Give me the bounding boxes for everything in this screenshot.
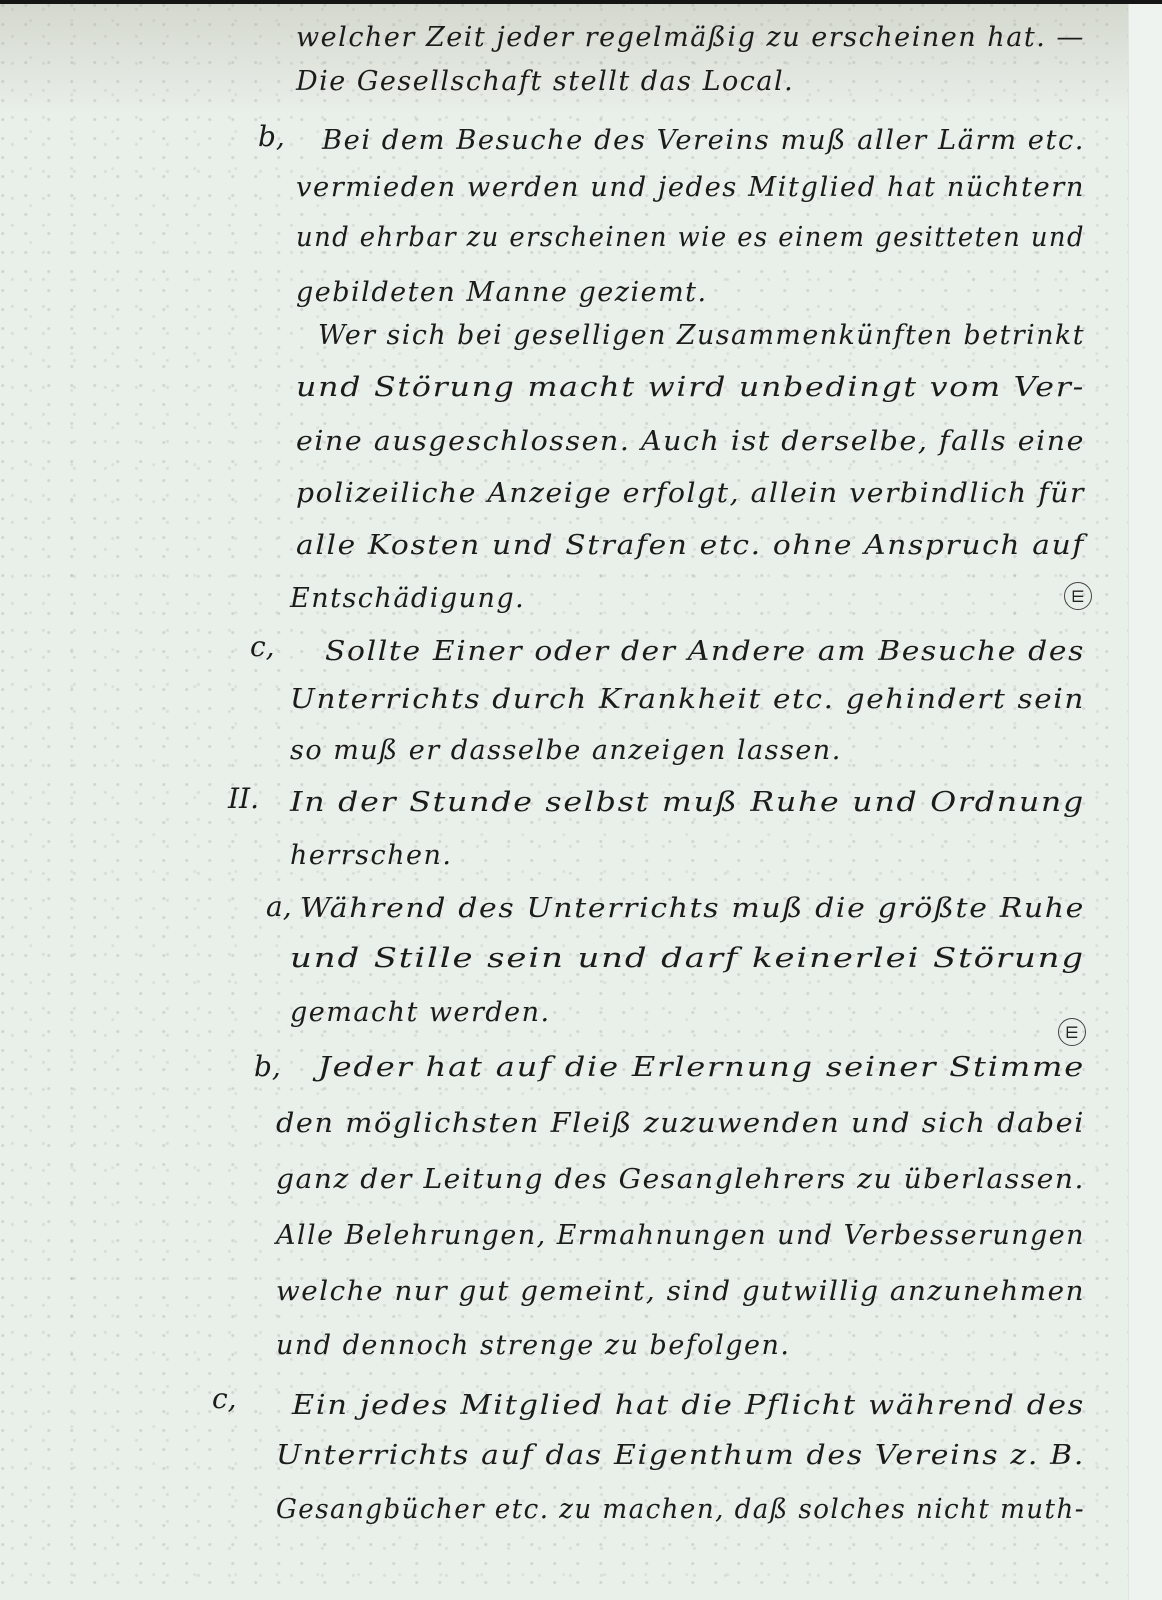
handwritten-line: und dennoch strenge zu befolgen. bbox=[276, 1330, 790, 1361]
handwritten-line: und ehrbar zu erscheinen wie es einem ge… bbox=[296, 222, 1085, 253]
handwritten-line: so muß er dasselbe anzeigen lassen. bbox=[290, 735, 842, 766]
handwritten-line: Unterrichts auf das Eigenthum des Verein… bbox=[276, 1440, 1085, 1471]
section-marker: b, bbox=[258, 120, 285, 153]
handwritten-line: eine ausgeschlossen. Auch ist derselbe, … bbox=[296, 426, 1085, 457]
handwritten-line: vermieden werden und jedes Mitglied hat … bbox=[296, 172, 1085, 203]
handwritten-line: herrschen. bbox=[290, 840, 453, 871]
handwritten-line: alle Kosten und Strafen etc. ohne Anspru… bbox=[296, 530, 1085, 561]
handwritten-line: gebildeten Manne geziemt. bbox=[296, 277, 708, 308]
section-marker: a, bbox=[266, 890, 292, 923]
handwritten-line: welche nur gut gemeint, sind gutwillig a… bbox=[276, 1276, 1085, 1307]
section-marker: c, bbox=[250, 630, 275, 663]
handwritten-line: und Stille sein und darf keinerlei Störu… bbox=[290, 943, 1085, 974]
handwritten-line: Unterrichts durch Krankheit etc. gehinde… bbox=[290, 684, 1085, 715]
handwritten-page: welcher Zeit jeder regelmäßig zu erschei… bbox=[0, 4, 1128, 1600]
scan-right-margin bbox=[1128, 4, 1162, 1600]
section-marker: b, bbox=[254, 1050, 281, 1083]
stamp-icon: ⋿ bbox=[1058, 1018, 1086, 1046]
handwritten-line: In der Stunde selbst muß Ruhe und Ordnun… bbox=[290, 787, 1085, 818]
handwritten-line: Sollte Einer oder der Andere am Besuche … bbox=[325, 636, 1085, 667]
handwritten-line: Die Gesellschaft stellt das Local. bbox=[296, 66, 794, 97]
handwritten-line: Während des Unterrichts muß die größte R… bbox=[300, 893, 1085, 924]
handwritten-line: Ein jedes Mitglied hat die Pflicht währe… bbox=[292, 1390, 1085, 1421]
handwritten-line: polizeiliche Anzeige erfolgt, allein ver… bbox=[296, 478, 1085, 509]
handwritten-line: Alle Belehrungen, Ermahnungen und Verbes… bbox=[276, 1220, 1085, 1251]
handwritten-line: den möglichsten Fleiß zuzuwenden und sic… bbox=[276, 1108, 1085, 1139]
handwritten-line: Gesangbücher etc. zu machen, daß solches… bbox=[276, 1494, 1085, 1525]
stamp-icon: ⋿ bbox=[1064, 582, 1092, 610]
handwritten-line: und Störung macht wird unbedingt vom Ver… bbox=[296, 372, 1085, 403]
handwritten-line: Entschädigung. bbox=[290, 583, 525, 614]
handwritten-line: gemacht werden. bbox=[290, 997, 551, 1028]
handwritten-line: Bei dem Besuche des Vereins muß aller Lä… bbox=[322, 125, 1085, 156]
handwritten-line: Wer sich bei geselligen Zusammenkünften … bbox=[318, 320, 1085, 351]
handwritten-line: Jeder hat auf die Erlernung seiner Stimm… bbox=[318, 1052, 1085, 1083]
handwritten-line: ganz der Leitung des Gesanglehrers zu üb… bbox=[276, 1164, 1085, 1195]
handwritten-line: welcher Zeit jeder regelmäßig zu erschei… bbox=[296, 22, 1085, 53]
section-marker: II. bbox=[228, 782, 259, 815]
section-marker: c, bbox=[212, 1382, 237, 1415]
